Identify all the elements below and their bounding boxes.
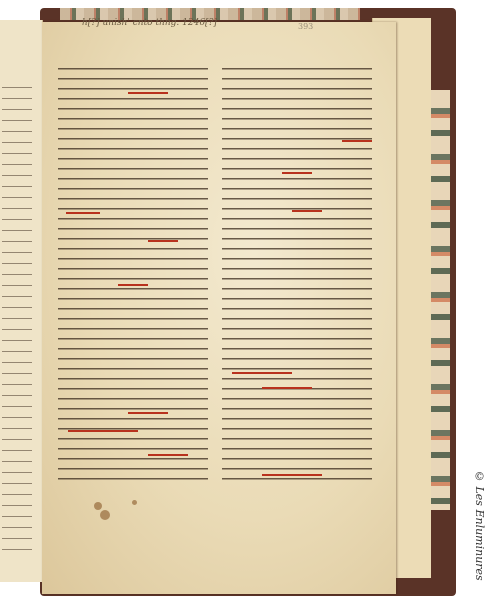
text-lines [222,62,372,482]
rubric [128,412,168,414]
rubric [262,474,322,476]
top-heading-annotation: h[?] unish' cnto thng. 1246[?] [82,18,217,28]
rubric [292,210,322,212]
rubric [262,387,312,389]
text-column-right [222,62,372,482]
rubric [342,140,372,142]
facing-page [0,20,43,582]
folio-number: 393 [298,22,313,31]
rubric [68,430,138,432]
stain [94,502,102,510]
rubric [148,454,188,456]
rubric [128,92,168,94]
manuscript-photo: h[?] unish' cnto thng. 1246[?] 393 [0,0,460,600]
copyright-credit: © Les Enluminures [466,470,486,600]
rubric [118,284,148,286]
rubric [66,212,100,214]
stain [100,510,110,520]
rubric [232,372,292,374]
stain [132,500,137,505]
folio-page: h[?] unish' cnto thng. 1246[?] 393 [42,22,396,594]
decorated-paper-edge [430,90,450,510]
rubric [148,240,178,242]
text-lines [58,62,208,482]
rubric [282,172,312,174]
text-column-left [58,62,208,482]
facing-page-text [2,80,32,550]
